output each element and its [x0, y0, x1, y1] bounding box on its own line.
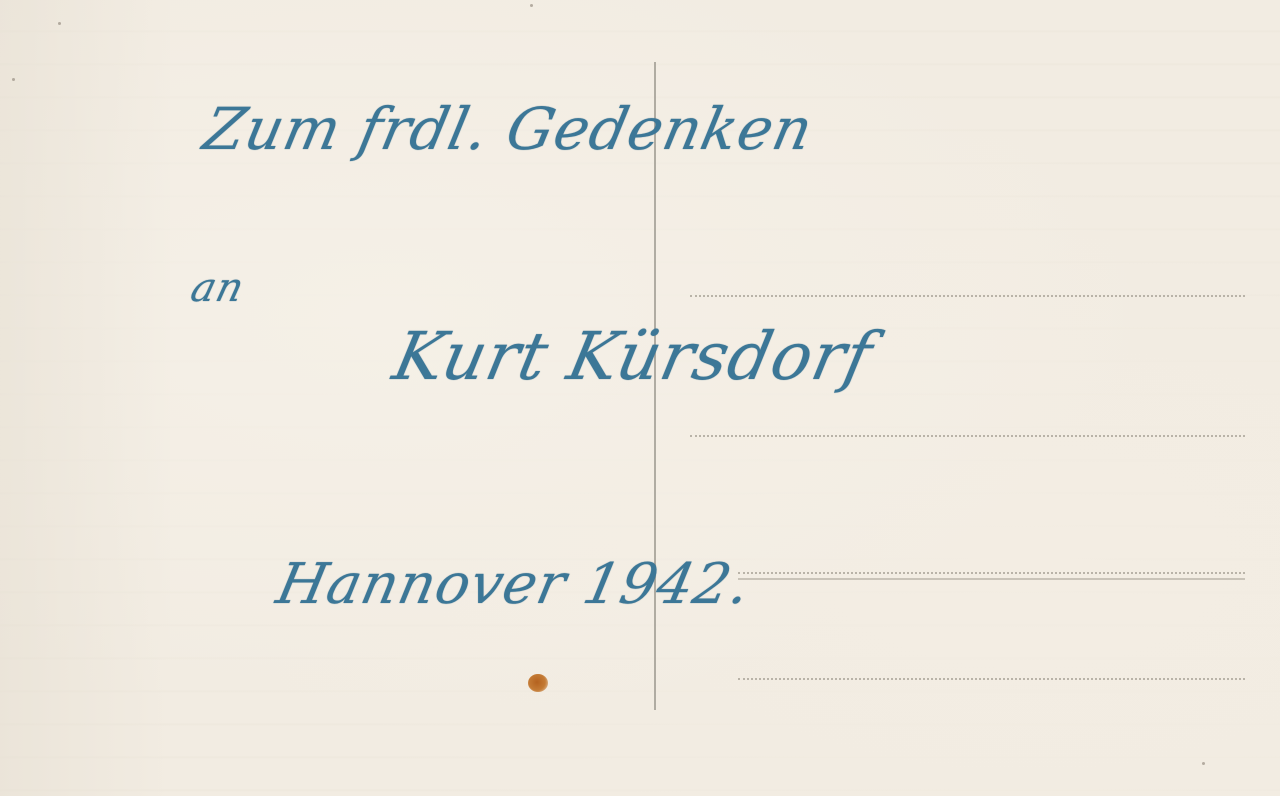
handwritten-to: an [186, 265, 249, 311]
handwritten-date-place: Hannover 1942. [271, 552, 757, 617]
handwritten-greeting: Zum frdl. Gedenken [198, 95, 820, 163]
rust-stain [528, 674, 548, 692]
paper-speck [58, 22, 61, 25]
paper-speck [530, 4, 533, 7]
paper-speck [1202, 762, 1205, 765]
address-line-4 [738, 678, 1245, 680]
postcard-back: Zum frdl. Gedenken an Kurt Kürsdorf Hann… [0, 0, 1280, 796]
address-line-3 [738, 572, 1245, 574]
address-line-1 [690, 295, 1245, 297]
address-line-2 [690, 435, 1245, 437]
paper-edge-shade [0, 0, 170, 796]
paper-speck [12, 78, 15, 81]
handwritten-name: Kurt Kürsdorf [387, 318, 880, 395]
